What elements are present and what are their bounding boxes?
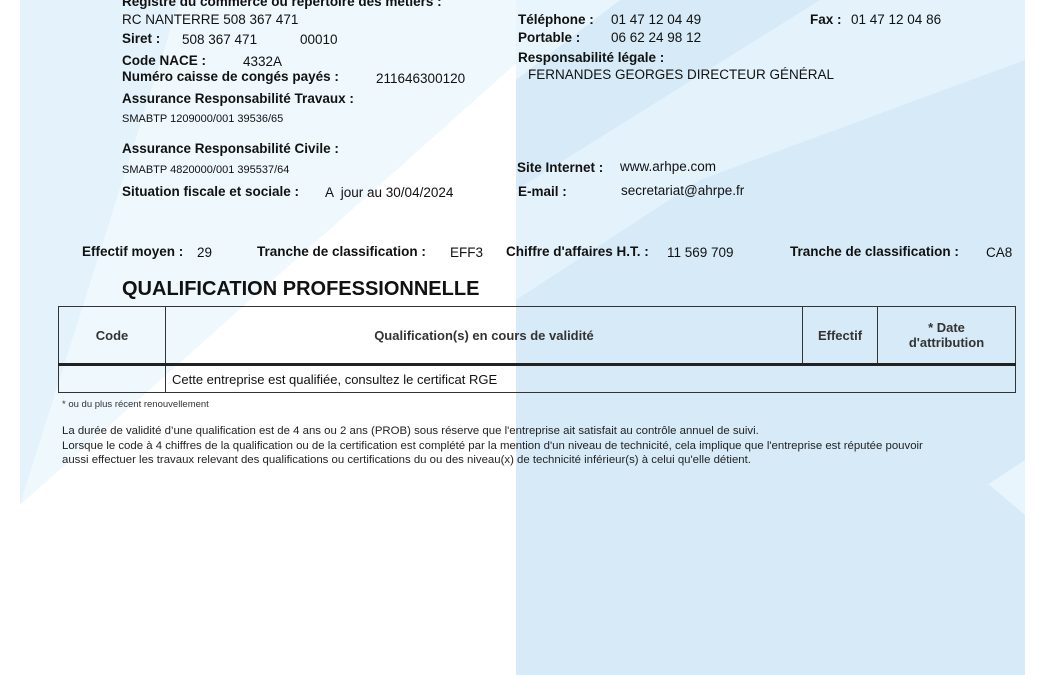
email-value[interactable]: secretariat@ahrpe.fr (621, 183, 744, 198)
assurance-civile-label: Assurance Responsabilité Civile : (122, 141, 339, 156)
site-value[interactable]: www.arhpe.com (620, 159, 716, 174)
tranche-ca-value: CA8 (986, 245, 1012, 260)
tranche-ca-label: Tranche de classification : (790, 244, 959, 259)
nace-value: 4332A (243, 54, 282, 69)
header-date-line1: * Date (879, 320, 1014, 335)
portable-label: Portable : (518, 30, 580, 45)
ca-value: 11 569 709 (667, 245, 734, 260)
fax-value: 01 47 12 04 86 (851, 12, 941, 27)
conges-label: Numéro caisse de congés payés : (122, 69, 339, 84)
telephone-label: Téléphone : (518, 12, 594, 27)
header-date: * Date d'attribution (878, 307, 1016, 365)
situation-label: Situation fiscale et sociale : (122, 184, 299, 199)
table-header-row: Code Qualification(s) en cours de validi… (59, 307, 1016, 365)
header-date-line2: d'attribution (879, 335, 1014, 350)
situation-value: A jour au 30/04/2024 (325, 185, 453, 200)
site-label: Site Internet : (517, 160, 603, 175)
qualification-title: QUALIFICATION PROFESSIONNELLE (122, 278, 479, 301)
assurance-travaux-label: Assurance Responsabilité Travaux : (122, 91, 354, 106)
qualification-table: Code Qualification(s) en cours de validi… (58, 306, 1016, 393)
portable-value: 06 62 24 98 12 (611, 30, 701, 45)
table-row: Cette entreprise est qualifiée, consulte… (59, 365, 1016, 393)
siret-nic: 00010 (300, 32, 338, 47)
note-line: aussi effectuer les travaux relevant des… (62, 453, 923, 468)
assurance-travaux-value: SMABTP 1209000/001 39536/65 (122, 113, 283, 125)
assurance-civile-value: SMABTP 4820000/001 395537/64 (122, 164, 289, 176)
header-effectif: Effectif (803, 307, 878, 365)
header-code: Code (59, 307, 166, 365)
siret-label: Siret : (122, 31, 160, 46)
header-qualifications: Qualification(s) en cours de validité (166, 307, 803, 365)
note-line: La durée de validité d’une qualification… (62, 424, 923, 439)
responsable-label: Responsabilité légale : (518, 50, 664, 65)
note-line: Lorsque le code à 4 chiffres de la quali… (62, 439, 923, 454)
conges-value: 211646300120 (376, 71, 465, 86)
certificate-page: Registre du commerce ou répertoire des m… (0, 0, 1058, 675)
registre-label: Registre du commerce ou répertoire des m… (122, 0, 442, 9)
validity-notes: La durée de validité d’une qualification… (62, 424, 923, 468)
nace-label: Code NACE : (122, 53, 206, 68)
date-footnote: * ou du plus récent renouvellement (62, 399, 209, 410)
tranche-effectif-label: Tranche de classification : (257, 244, 426, 259)
tranche-effectif-value: EFF3 (450, 245, 483, 260)
effectif-label: Effectif moyen : (82, 244, 183, 259)
fax-label: Fax : (810, 12, 842, 27)
cell-qualification: Cette entreprise est qualifiée, consulte… (166, 365, 1016, 393)
cell-code (59, 365, 166, 393)
ca-label: Chiffre d'affaires H.T. : (506, 244, 649, 259)
responsable-value: FERNANDES GEORGES DIRECTEUR GÉNÉRAL (528, 67, 834, 82)
siret-siren: 508 367 471 (182, 32, 257, 47)
telephone-value: 01 47 12 04 49 (611, 12, 701, 27)
registre-value: RC NANTERRE 508 367 471 (122, 12, 298, 27)
email-label: E-mail : (518, 184, 567, 199)
effectif-value: 29 (197, 245, 212, 260)
